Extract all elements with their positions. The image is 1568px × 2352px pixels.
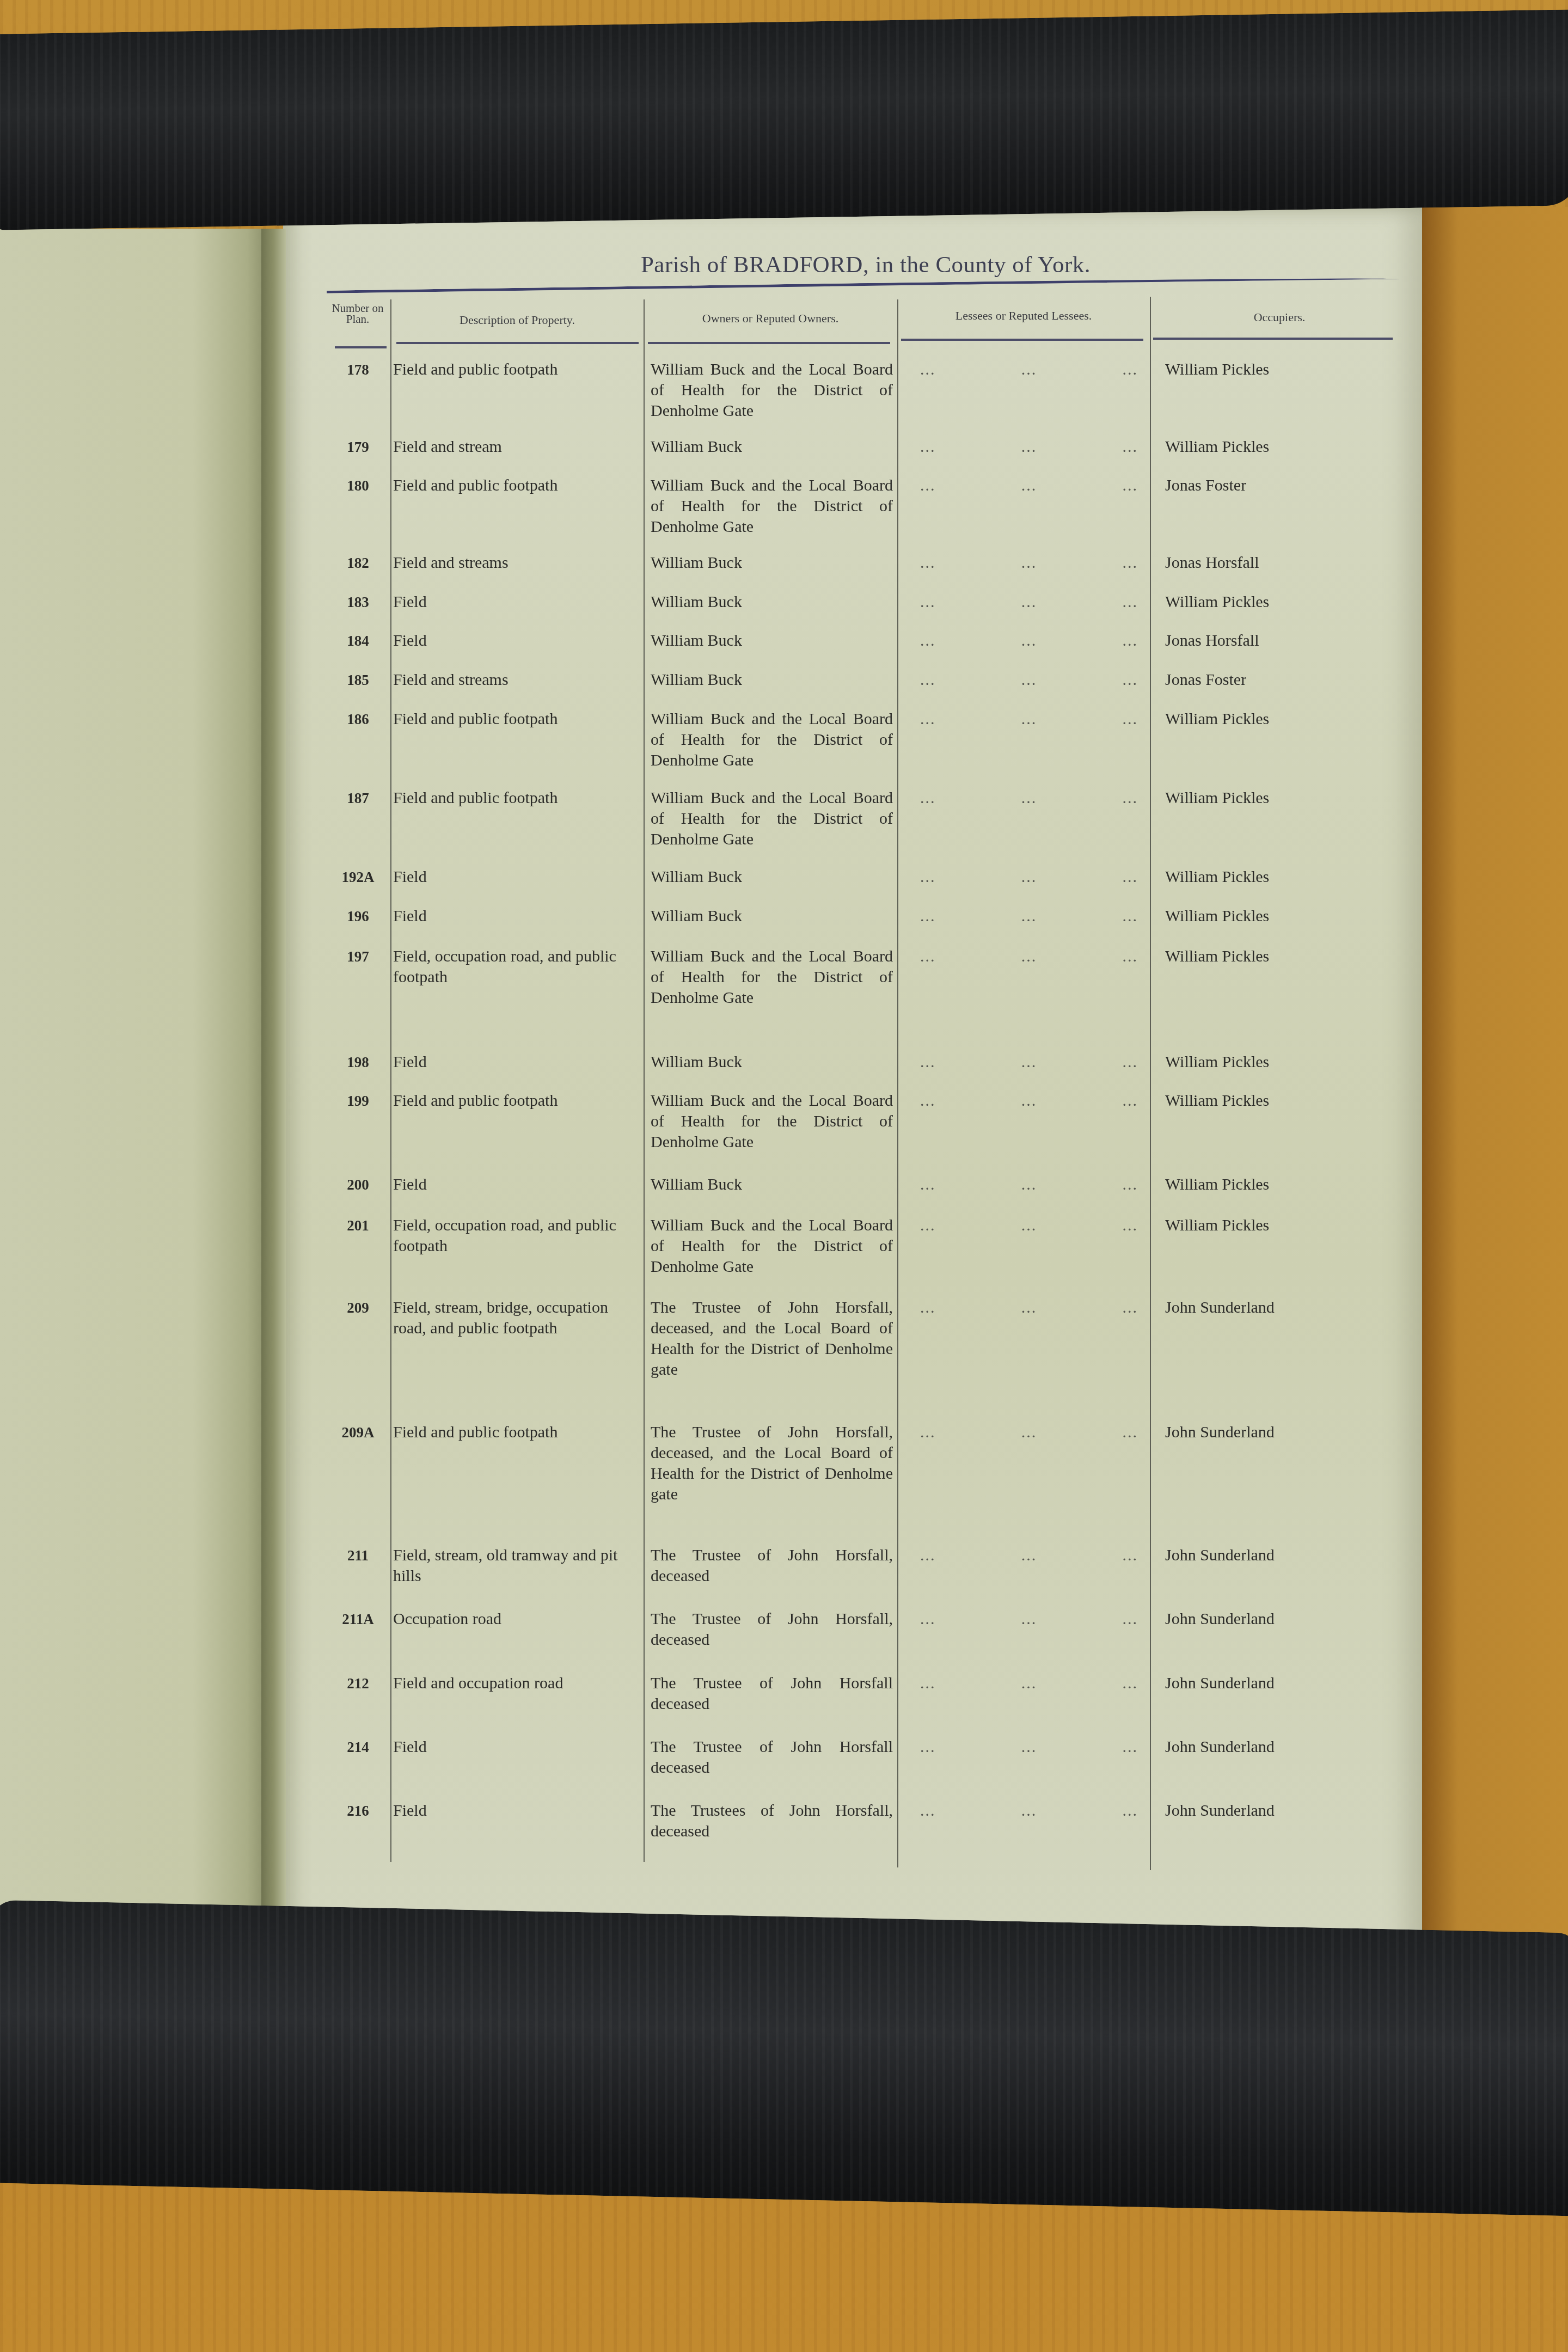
owner: William Buck and the Local Board of Heal… [651,475,893,537]
column-divider [1150,297,1151,1870]
property-description: Field [393,1737,638,1757]
owner: The Trustee of John Horsfall, deceased [651,1609,893,1650]
property-description: Field [393,906,638,927]
occupier: Jonas Horsfall [1165,553,1405,573]
lessee-blank: ......... [920,359,1138,380]
property-description: Field and public footpath [393,359,638,380]
plan-number: 211A [329,1609,387,1630]
plan-number: 192A [329,867,387,887]
plan-number: 201 [329,1215,387,1236]
property-description: Field [393,867,638,887]
plan-number: 216 [329,1800,387,1821]
owner: William Buck [651,553,893,573]
property-description: Field and public footpath [393,475,638,496]
column-header-owners: Owners or Reputed Owners. [645,311,896,326]
lessee-blank: ......... [920,788,1138,808]
occupier: John Sunderland [1165,1545,1405,1566]
plan-number: 211 [329,1545,387,1566]
lessee-blank: ......... [920,1091,1138,1111]
plan-number: 178 [329,359,387,380]
page-title: Parish of BRADFORD, in the County of Yor… [544,252,1187,278]
plan-number: 214 [329,1737,387,1757]
plan-number: 199 [329,1091,387,1111]
property-description: Field and streams [393,553,638,573]
lessee-blank: ......... [920,630,1138,651]
plan-number: 212 [329,1673,387,1694]
column-header-occupiers: Occupiers. [1151,310,1407,324]
header-rule-number [335,346,387,348]
lessee-blank: ......... [920,1215,1138,1236]
property-description: Field, occupation road, and public footp… [393,946,638,988]
plan-number: 198 [329,1052,387,1073]
lessee-blank: ......... [920,553,1138,573]
owner: William Buck and the Local Board of Heal… [651,1091,893,1153]
owner: The Trustee of John Horsfall, deceased, … [651,1422,893,1505]
property-description: Field, occupation road, and public footp… [393,1215,638,1257]
property-description: Field and public footpath [393,1091,638,1111]
lessee-blank: ......... [920,1422,1138,1443]
occupier: John Sunderland [1165,1609,1405,1630]
header-rule-owners [648,342,890,344]
lessee-blank: ......... [920,437,1138,457]
occupier: John Sunderland [1165,1297,1405,1318]
occupier: William Pickles [1165,359,1405,380]
plan-number: 186 [329,709,387,730]
property-description: Field and stream [393,437,638,457]
owner: The Trustee of John Horsfall deceased [651,1737,893,1778]
plan-number: 182 [329,553,387,573]
owner: William Buck [651,670,893,690]
property-description: Field [393,630,638,651]
column-header-lessees: Lessees or Reputed Lessees. [898,309,1149,323]
plan-number: 183 [329,592,387,612]
lessee-blank: ......... [920,946,1138,967]
occupier: William Pickles [1165,906,1405,927]
occupier: William Pickles [1165,867,1405,887]
property-description: Field, stream, old tramway and pit hills [393,1545,638,1587]
plan-number: 196 [329,906,387,927]
occupier: William Pickles [1165,437,1405,457]
occupier: John Sunderland [1165,1673,1405,1694]
owner: William Buck and the Local Board of Heal… [651,359,893,421]
owner: William Buck [651,867,893,887]
owner: William Buck [651,592,893,612]
owner: William Buck and the Local Board of Heal… [651,946,893,1008]
plan-number: 187 [329,788,387,808]
plan-number: 185 [329,670,387,690]
property-description: Field and public footpath [393,1422,638,1443]
binding-strap-bottom [0,1900,1568,2216]
owner: William Buck [651,906,893,927]
property-description: Field and occupation road [393,1673,638,1694]
column-divider [897,299,898,1867]
property-description: Field and public footpath [393,788,638,808]
property-description: Field [393,1174,638,1195]
occupier: John Sunderland [1165,1422,1405,1443]
owner: William Buck [651,630,893,651]
owner: William Buck [651,1052,893,1073]
occupier: Jonas Horsfall [1165,630,1405,651]
occupier: William Pickles [1165,1215,1405,1236]
owner: William Buck and the Local Board of Heal… [651,1215,893,1277]
lessee-blank: ......... [920,475,1138,496]
column-divider [390,299,391,1862]
lessee-blank: ......... [920,906,1138,927]
property-description: Field and streams [393,670,638,690]
occupier: Jonas Foster [1165,670,1405,690]
lessee-blank: ......... [920,1609,1138,1630]
lessee-blank: ......... [920,1545,1138,1566]
lessee-blank: ......... [920,592,1138,612]
plan-number: 200 [329,1174,387,1195]
owner: The Trustee of John Horsfall, deceased, … [651,1297,893,1380]
occupier: William Pickles [1165,1052,1405,1073]
lessee-blank: ......... [920,1297,1138,1318]
lessee-blank: ......... [920,1673,1138,1694]
lessee-blank: ......... [920,1737,1138,1757]
occupier: John Sunderland [1165,1800,1405,1821]
lessee-blank: ......... [920,1174,1138,1195]
property-description: Field and public footpath [393,709,638,730]
plan-number: 184 [329,630,387,651]
column-header-description: Description of Property. [392,313,642,327]
occupier: Jonas Foster [1165,475,1405,496]
occupier: William Pickles [1165,592,1405,612]
owner: William Buck and the Local Board of Heal… [651,709,893,771]
occupier: William Pickles [1165,788,1405,808]
lessee-blank: ......... [920,1800,1138,1821]
column-divider [644,299,645,1862]
header-rule-lessees [901,339,1143,341]
lessee-blank: ......... [920,867,1138,887]
plan-number: 179 [329,437,387,457]
owner: The Trustees of John Horsfall, deceased [651,1800,893,1842]
property-description: Field [393,592,638,612]
plan-number: 197 [329,946,387,967]
lessee-blank: ......... [920,709,1138,730]
plan-number: 180 [329,475,387,496]
header-top-rule [327,275,1399,297]
lessee-blank: ......... [920,1052,1138,1073]
plan-number: 209 [329,1297,387,1318]
property-description: Field [393,1052,638,1073]
occupier: John Sunderland [1165,1737,1405,1757]
occupier: William Pickles [1165,1091,1405,1111]
occupier: William Pickles [1165,1174,1405,1195]
occupier: William Pickles [1165,946,1405,967]
owner: William Buck [651,437,893,457]
column-header-number: Number on Plan. [326,303,390,324]
property-description: Field, stream, bridge, occupation road, … [393,1297,638,1339]
property-description: Field [393,1800,638,1821]
owner: The Trustee of John Horsfall deceased [651,1673,893,1714]
owner: The Trustee of John Horsfall, deceased [651,1545,893,1587]
property-description: Occupation road [393,1609,638,1630]
occupier: William Pickles [1165,709,1405,730]
owner: William Buck [651,1174,893,1195]
plan-number: 209A [329,1422,387,1443]
owner: William Buck and the Local Board of Heal… [651,788,893,850]
header-rule-description [396,342,639,344]
binding-strap-top [0,9,1568,230]
header-rule-occupiers [1153,338,1393,340]
lessee-blank: ......... [920,670,1138,690]
